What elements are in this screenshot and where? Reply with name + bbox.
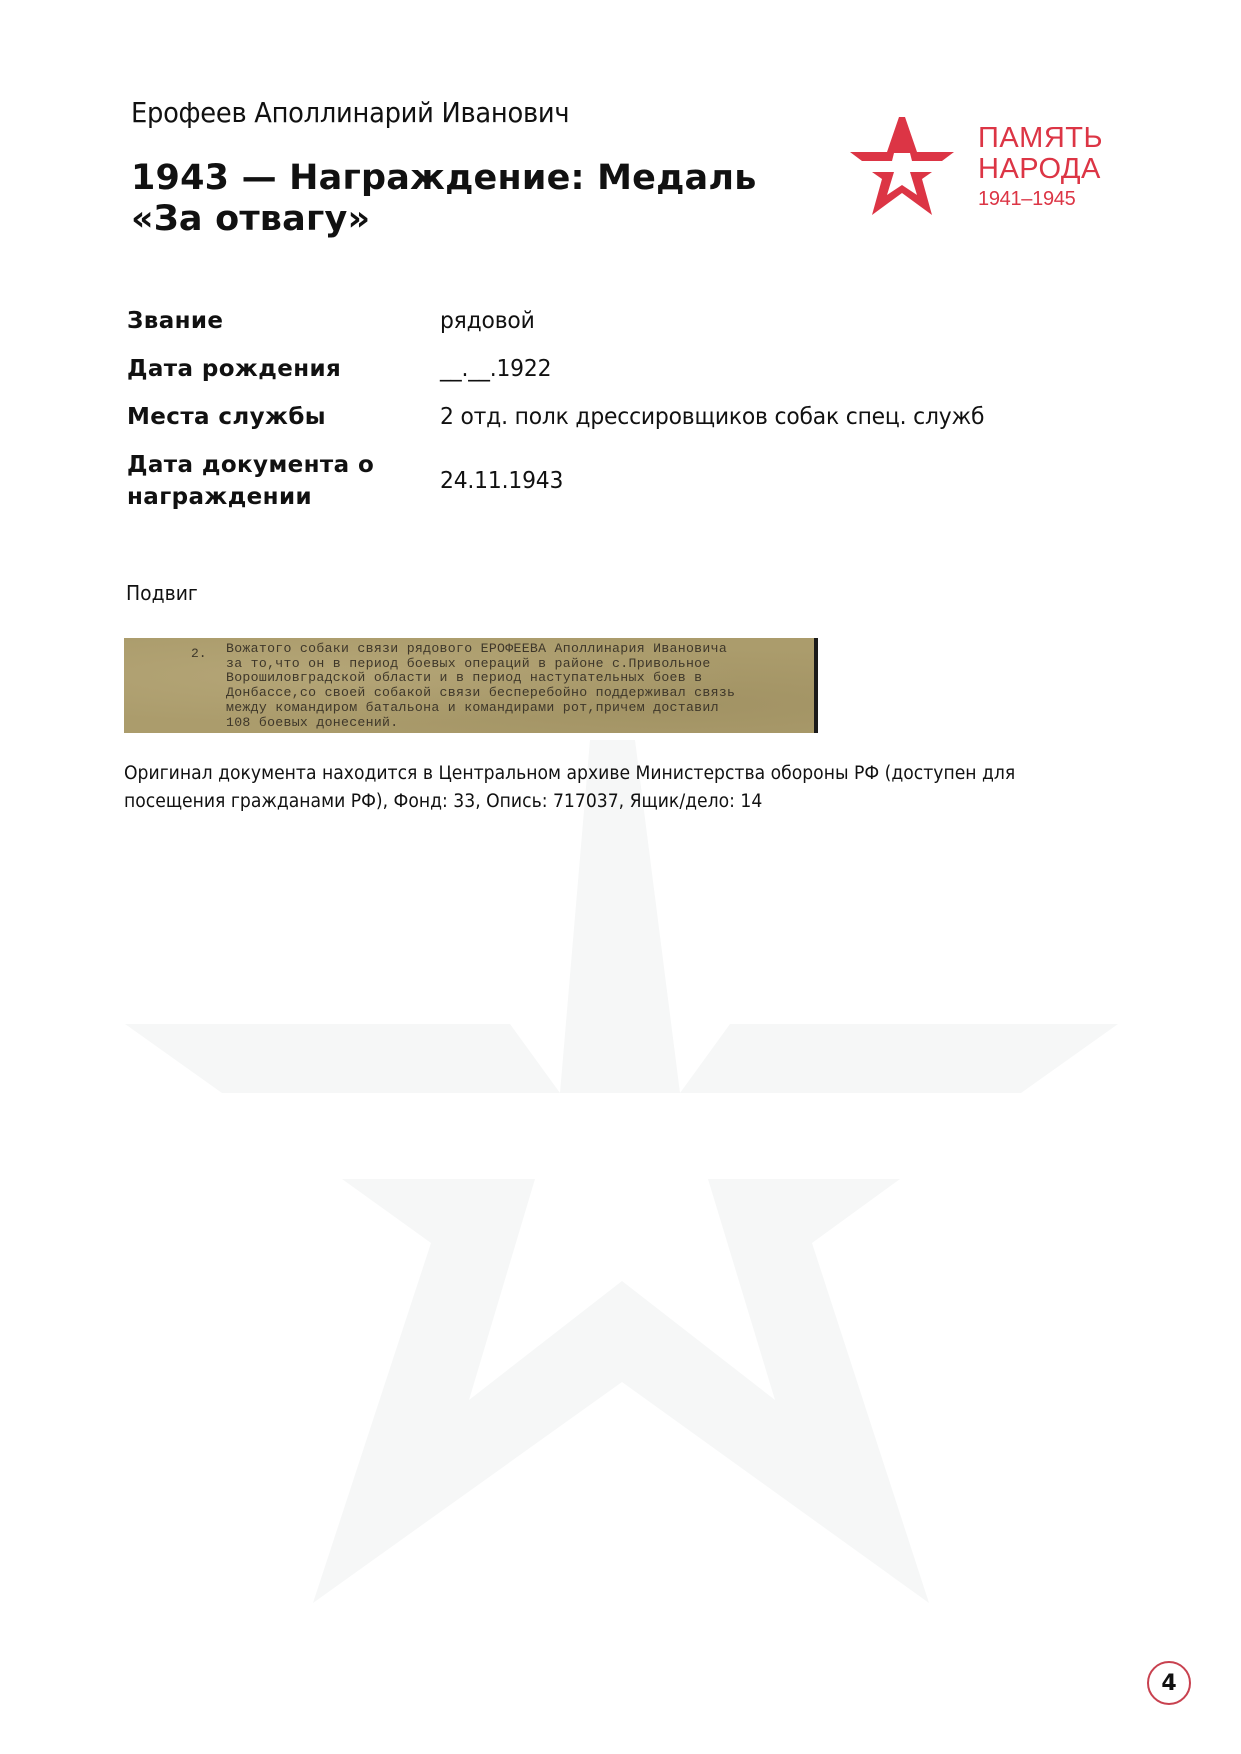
field-value: рядовой — [440, 305, 535, 337]
field-label: Места службы — [127, 401, 440, 433]
field-service-place: Места службы 2 отд. полк дрессировщиков … — [127, 401, 1127, 433]
logo-text: ПАМЯТЬ НАРОДА 1941–1945 — [978, 123, 1103, 213]
feat-section-label: Подвиг — [126, 581, 198, 605]
logo-years: 1941–1945 — [978, 185, 1103, 213]
page-number: 4 — [1147, 1661, 1191, 1705]
scan-item-number: 2. — [191, 646, 207, 661]
archive-note: Оригинал документа находится в Центральн… — [124, 760, 1054, 816]
field-value: __.__.1922 — [440, 353, 551, 385]
logo-line-1: ПАМЯТЬ — [978, 123, 1103, 154]
red-star-icon — [850, 115, 954, 215]
field-label: Дата рождения — [127, 353, 440, 385]
field-birth-date: Дата рождения __.__.1922 — [127, 353, 1127, 385]
award-fields: Звание рядовой Дата рождения __.__.1922 … — [127, 305, 1127, 529]
pamyat-naroda-logo: ПАМЯТЬ НАРОДА 1941–1945 — [850, 115, 1130, 220]
field-label: Звание — [127, 305, 440, 337]
document-title: 1943 — Награждение: Медаль «За отвагу» — [131, 158, 811, 240]
field-value: 24.11.1943 — [440, 465, 563, 497]
document-page: Ерофеев Аполлинарий Иванович 1943 — Нагр… — [0, 0, 1241, 1754]
logo-line-2: НАРОДА — [978, 154, 1103, 185]
field-rank: Звание рядовой — [127, 305, 1127, 337]
field-award-document-date: Дата документа о награждении 24.11.1943 — [127, 449, 1127, 513]
scan-text: Вожатого собаки связи рядового ЕРОФЕЕВА … — [226, 642, 816, 730]
field-value: 2 отд. полк дрессировщиков собак спец. с… — [440, 401, 984, 433]
field-label: Дата документа о награждении — [127, 449, 387, 513]
person-name: Ерофеев Аполлинарий Иванович — [131, 96, 569, 129]
award-document-scan[interactable]: 2. Вожатого собаки связи рядового ЕРОФЕЕ… — [124, 638, 818, 733]
